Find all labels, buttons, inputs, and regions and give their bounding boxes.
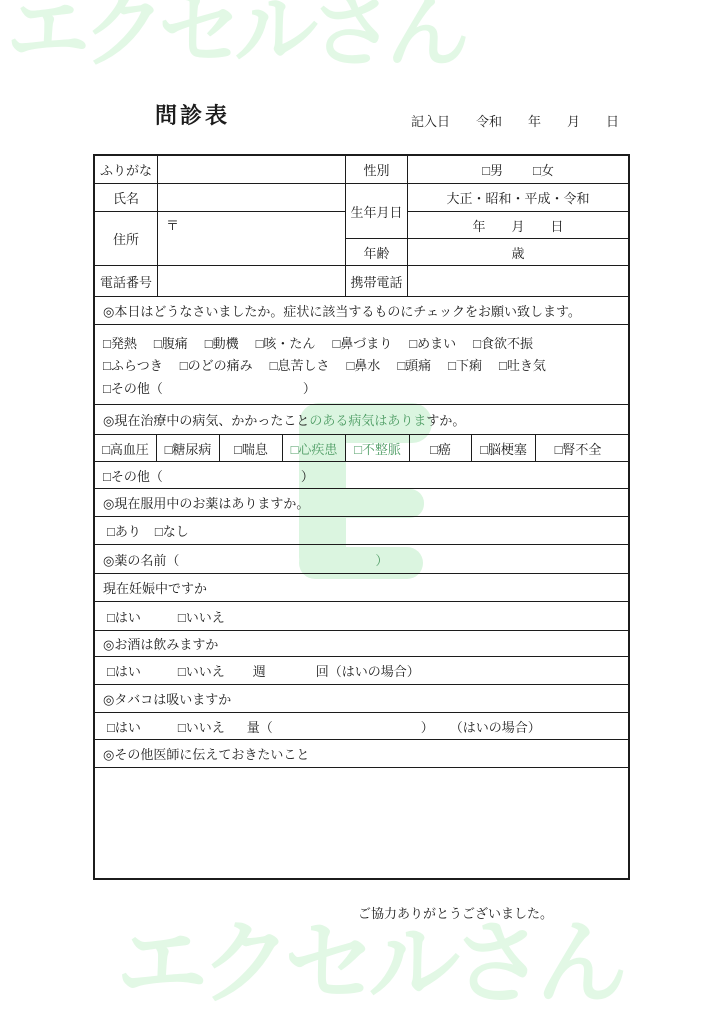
birthdate-format[interactable]: 年 月 日	[408, 212, 628, 239]
entry-date-label: 記入日	[411, 111, 450, 130]
symptom-checkbox[interactable]: □咳・たん	[256, 333, 316, 352]
symptom-checkbox[interactable]: □ふらつき	[103, 355, 163, 374]
tobacco-amount-close: ）	[421, 717, 434, 736]
pregnancy-options-row: □はい □いいえ	[95, 602, 628, 631]
symptom-checkbox[interactable]: □吐き気	[499, 355, 546, 374]
doctor-note-question: ◎その他医師に伝えておきたいこと	[95, 740, 628, 768]
disease-checkbox-row: □高血圧 □糖尿病 □喘息 □心疾患 □不整脈 □癌 □脳梗塞 □腎不全	[95, 435, 628, 462]
name-field[interactable]	[158, 184, 346, 212]
entry-date-day: 日	[606, 111, 619, 130]
symptom-checkbox[interactable]: □動機	[205, 333, 239, 352]
furigana-label: ふりがな	[95, 156, 158, 184]
gender-male-checkbox[interactable]: □男	[482, 160, 503, 179]
disease-other-close: ）	[301, 466, 314, 485]
watermark-brand-top: エクセルさん	[6, 0, 462, 72]
alcohol-yes-checkbox[interactable]: □はい	[107, 661, 141, 680]
symptoms-other-line: □その他（）	[103, 378, 316, 397]
disease-other-row: □その他（）	[95, 462, 628, 489]
medication-options-row: □あり □なし	[95, 517, 628, 545]
symptom-checkbox[interactable]: □発熱	[103, 333, 137, 352]
alcohol-question: ◎お酒は飲みますか	[95, 631, 628, 657]
medication-question: ◎現在服用中のお薬はありますか。	[95, 489, 628, 517]
disease-other-checkbox[interactable]: □その他（	[103, 466, 163, 485]
symptom-checkbox[interactable]: □のどの痛み	[180, 355, 253, 374]
disease-checkbox[interactable]: □癌	[410, 435, 472, 461]
disease-checkbox[interactable]: □糖尿病	[157, 435, 220, 461]
era-options[interactable]: 大正・昭和・平成・令和	[408, 184, 628, 212]
furigana-field[interactable]	[158, 156, 346, 184]
symptom-checkbox[interactable]: □めまい	[409, 333, 456, 352]
disease-question-pre: ◎現在治療中の病気、かかったこと	[103, 410, 309, 429]
mobile-field[interactable]	[408, 266, 628, 297]
age-label: 年齢	[346, 239, 408, 266]
watermark-brand-bottom: エクセルさん	[116, 918, 620, 1010]
medication-name-close: ）	[375, 550, 388, 569]
symptom-checkbox[interactable]: □息苦しさ	[270, 355, 330, 374]
address-label: 住所	[95, 212, 158, 266]
medication-no-checkbox[interactable]: □なし	[155, 521, 189, 540]
entry-date-year: 年	[528, 111, 541, 130]
medication-name-row: ◎薬の名前（）	[95, 545, 628, 574]
gender-female-checkbox[interactable]: □女	[533, 160, 554, 179]
tobacco-if-yes-label: （はいの場合）	[450, 717, 541, 736]
tobacco-question: ◎タバコは吸いますか	[95, 685, 628, 713]
birthdate-label: 生年月日	[346, 184, 408, 239]
symptom-checkbox[interactable]: □下痢	[448, 355, 482, 374]
medication-name-label: ◎薬の名前（	[103, 550, 179, 569]
personal-info-section: ふりがな 性別 □男 □女 氏名 生年月日 大正・昭和・平成・令和 住所 〒 年…	[95, 156, 628, 297]
symptom-other-close: ）	[303, 381, 316, 396]
questionnaire-form: ふりがな 性別 □男 □女 氏名 生年月日 大正・昭和・平成・令和 住所 〒 年…	[93, 154, 630, 880]
mobile-label: 携帯電話	[346, 266, 408, 297]
symptom-checkbox[interactable]: □鼻づまり	[332, 333, 392, 352]
symptom-other-checkbox[interactable]: □その他（	[103, 381, 163, 396]
address-field[interactable]: 〒	[158, 212, 346, 266]
phone-field[interactable]	[158, 266, 346, 297]
thanks-message: ご協力ありがとうございました。	[358, 903, 553, 922]
tobacco-amount-label: 量（	[247, 717, 273, 736]
pregnancy-question: 現在妊娠中ですか	[95, 574, 628, 602]
symptom-checkbox[interactable]: □食欲不振	[473, 333, 533, 352]
entry-date-era: 令和	[476, 111, 502, 130]
page-title: 問診表	[155, 99, 230, 130]
alcohol-no-checkbox[interactable]: □いいえ	[178, 661, 225, 680]
disease-checkbox[interactable]: □腎不全	[536, 435, 620, 461]
symptoms-row-1: □発熱 □腹痛 □動機 □咳・たん □鼻づまり □めまい □食欲不振	[103, 333, 533, 352]
phone-label: 電話番号	[95, 266, 158, 297]
symptom-checkbox[interactable]: □鼻水	[346, 355, 380, 374]
disease-checkbox[interactable]: □脳梗塞	[472, 435, 536, 461]
entry-date-row: 記入日 令和 年 月 日	[411, 111, 619, 130]
disease-question-mid: のある病気はありま	[309, 410, 426, 429]
entry-date-month: 月	[567, 111, 580, 130]
gender-options: □男 □女	[408, 156, 628, 184]
alcohol-week-label: 週	[253, 661, 266, 680]
disease-question-post: すか。	[426, 410, 465, 429]
pregnancy-yes-checkbox[interactable]: □はい	[107, 607, 141, 626]
age-field[interactable]: 歳	[408, 239, 628, 266]
symptom-checkbox[interactable]: □頭痛	[397, 355, 431, 374]
symptom-checkbox[interactable]: □腹痛	[154, 333, 188, 352]
tobacco-yes-checkbox[interactable]: □はい	[107, 717, 141, 736]
disease-checkbox[interactable]: □喘息	[220, 435, 283, 461]
alcohol-times-label: 回（はいの場合）	[316, 661, 420, 680]
disease-checkbox[interactable]: □不整脈	[346, 435, 410, 461]
alcohol-answer-row: □はい □いいえ 週 回（はいの場合）	[95, 657, 628, 685]
tobacco-answer-row: □はい □いいえ 量（ ） （はいの場合）	[95, 713, 628, 740]
disease-checkbox[interactable]: □高血圧	[95, 435, 157, 461]
symptoms-checkbox-area: □発熱 □腹痛 □動機 □咳・たん □鼻づまり □めまい □食欲不振 □ふらつき…	[95, 325, 628, 405]
disease-checkbox[interactable]: □心疾患	[283, 435, 346, 461]
doctor-note-field[interactable]	[95, 768, 628, 882]
gender-label: 性別	[346, 156, 408, 184]
disease-question: ◎現在治療中の病気、かかったことのある病気はありますか。	[95, 405, 628, 435]
symptoms-question: ◎本日はどうなさいましたか。症状に該当するものにチェックをお願い致します。	[95, 297, 628, 325]
medication-yes-checkbox[interactable]: □あり	[107, 521, 141, 540]
symptoms-row-2: □ふらつき □のどの痛み □息苦しさ □鼻水 □頭痛 □下痢 □吐き気	[103, 355, 546, 374]
name-label: 氏名	[95, 184, 158, 212]
pregnancy-no-checkbox[interactable]: □いいえ	[178, 607, 225, 626]
tobacco-no-checkbox[interactable]: □いいえ	[178, 717, 225, 736]
